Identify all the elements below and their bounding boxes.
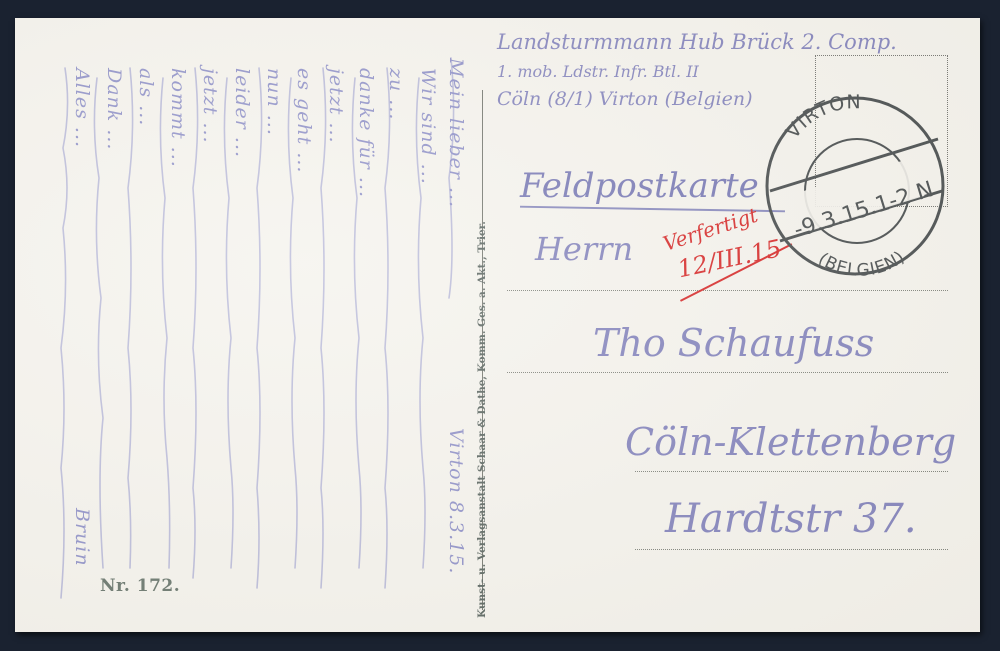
card-heading: Feldpostkarte [520, 166, 759, 206]
recipient-name: Tho Schaufuss [593, 321, 874, 365]
sender-line-3: Cöln (8/1) Virton (Belgien) [497, 88, 753, 110]
sender-line-2: 1. mob. Ldstr. Infr. Btl. II [497, 62, 699, 81]
recipient-city: Cöln-Klettenberg [625, 420, 956, 464]
address-line-2 [507, 372, 948, 373]
address-line-3 [635, 471, 948, 472]
card-number: Nr. 172. [100, 576, 180, 596]
recipient-salutation: Herrn [535, 230, 633, 268]
address-line-4 [635, 549, 948, 550]
recipient-street: Hardtstr 37. [665, 496, 917, 542]
sender-line-1: Landsturmmann Hub Brück 2. Comp. [497, 30, 897, 54]
handwriting-strokes [35, 48, 475, 618]
address-line-1 [507, 290, 948, 291]
publisher-imprint: Kunst- u. Verlagsanstalt Schaar & Dathe,… [476, 78, 490, 618]
handwritten-message: Mein lieber ... Wir sind ... zu ... dank… [35, 48, 475, 618]
postcard: Mein lieber ... Wir sind ... zu ... dank… [15, 18, 980, 632]
postmark-country: (BELGIEN) [814, 247, 909, 281]
postmark: VIRTON -9.3.15.1-2 N (BELGIEN) [760, 91, 950, 281]
postmark-town: VIRTON [782, 91, 862, 143]
